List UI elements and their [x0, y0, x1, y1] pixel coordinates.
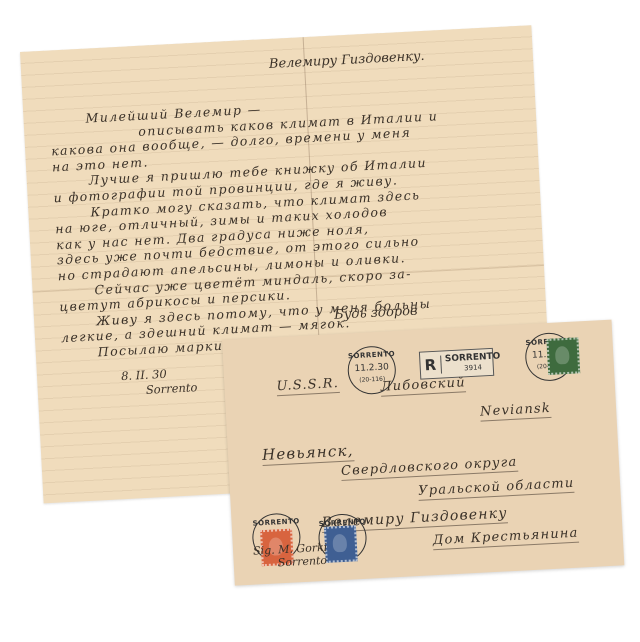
address-country: U.S.S.R. — [276, 376, 339, 396]
envelope: SORRENTO 11.2.30 (20-116) R SORRENTO 391… — [222, 320, 624, 586]
sender-address: Sig. M. Gorki Sorrento — [253, 541, 328, 571]
letter-body: Милейший Велемир — опиcывать каков клима… — [49, 88, 531, 362]
postage-stamp-blue — [324, 525, 358, 563]
address-line: Neviansk — [480, 401, 552, 422]
postage-stamp-green — [546, 337, 580, 375]
address-line: Дом Крестьянина — [432, 526, 579, 551]
letter-addressee: Велемиру Гиздовенку. — [269, 49, 425, 72]
address-line: Уральской области — [418, 476, 575, 501]
address-line: Либовский — [380, 375, 466, 396]
address-line: Невьянск, — [262, 441, 355, 466]
address-line: Свердловского округа — [341, 455, 518, 481]
letter-date-place: 8. II. 30 Sorrento — [121, 365, 198, 399]
registration-mark: R — [420, 356, 441, 375]
